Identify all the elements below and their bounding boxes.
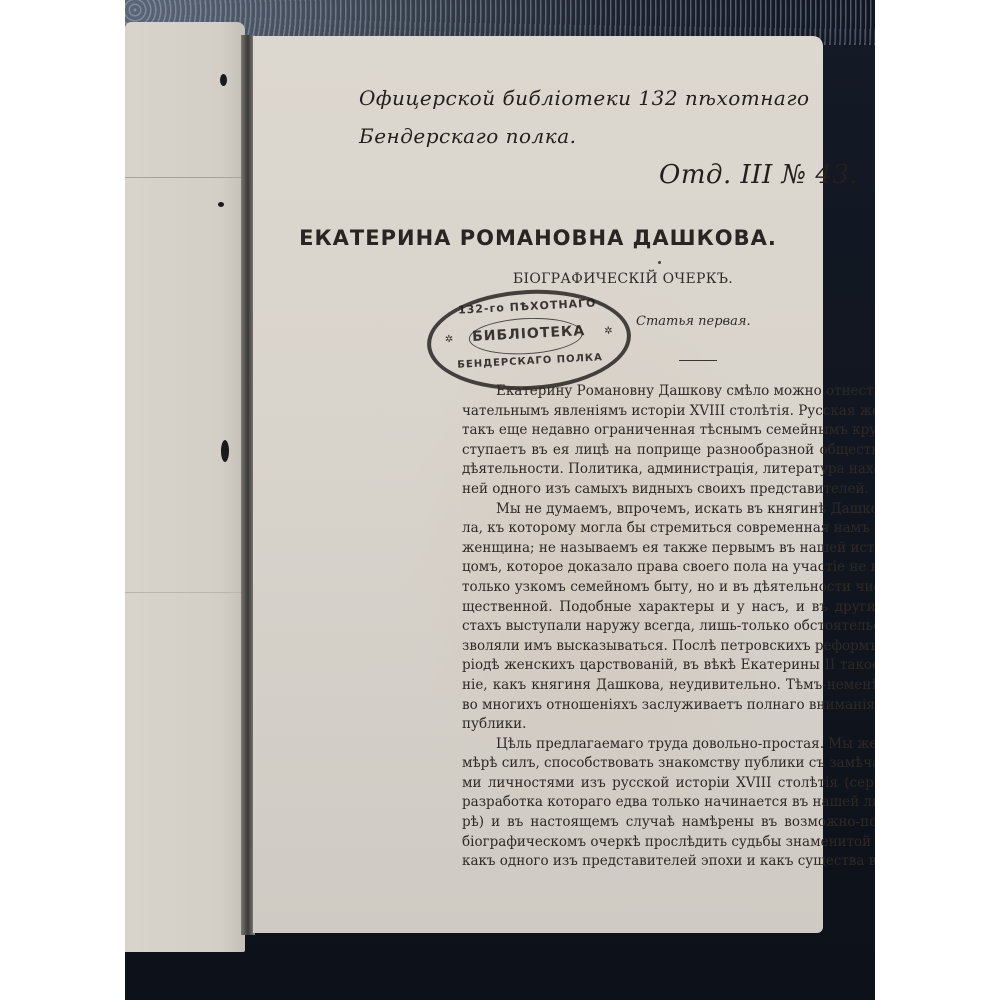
text-line: зволяли имъ высказываться. Послѣ петровс… xyxy=(462,637,875,657)
book-photo: Офицерской библіотеки 132 пѣхотнаго Бенд… xyxy=(125,0,875,1000)
right-page: Офицерской библіотеки 132 пѣхотнаго Бенд… xyxy=(253,36,823,933)
worm-hole xyxy=(218,202,224,207)
text-line: ла, къ которому могла бы стремиться совр… xyxy=(462,519,875,539)
worm-hole xyxy=(220,74,227,86)
article-number: Статья первая. xyxy=(636,314,751,329)
text-line: женщина; не называемъ ея также первымъ в… xyxy=(462,539,875,559)
text-line: мѣрѣ силъ, способствовать знакомству пуб… xyxy=(462,754,875,774)
star-icon: ✲ xyxy=(604,326,613,337)
text-line: ніе, какъ княгиня Дашкова, неудивительно… xyxy=(462,676,875,696)
text-line: чательнымъ явленіямъ исторіи XVIII столѣ… xyxy=(462,402,875,422)
text-line: щественной. Подобные характеры и у насъ,… xyxy=(462,598,875,618)
text-line: дѣятельности. Политика, администрація, л… xyxy=(462,460,875,480)
page-crease xyxy=(125,592,245,593)
text-line: разработка котораго едва только начинает… xyxy=(462,793,875,813)
left-page xyxy=(125,22,245,952)
page-subtitle: БІОГРАФИЧЕСКІЙ ОЧЕРКЪ. xyxy=(513,271,733,287)
text-line: Екатерину Романовну Дашкову смѣло можно … xyxy=(462,382,875,402)
inscription-line-1: Офицерской библіотеки 132 пѣхотнаго xyxy=(359,86,810,110)
text-line: ми личностями изъ русской исторіи XVIII … xyxy=(462,774,875,794)
text-line: публики. xyxy=(462,715,875,735)
stamp-top-text: 132-го ПѢХОТНАГО xyxy=(429,295,625,318)
text-line: ступаетъ въ ея лицѣ на поприще разнообра… xyxy=(462,441,875,461)
text-line: стахъ выступали наружу всегда, лишь-толь… xyxy=(462,617,875,637)
inscription-shelfmark: Отд. III № 43. xyxy=(659,160,858,190)
text-line: Мы не думаемъ, впрочемъ, искать въ княги… xyxy=(462,500,875,520)
page-title: ЕКАТЕРИНА РОМАНОВНА ДАШКОВА. xyxy=(253,226,823,250)
text-line: біографическомъ очеркѣ прослѣдить судьбы… xyxy=(462,833,875,853)
inscription-line-2: Бендерскаго полка. xyxy=(359,124,576,148)
ornament-dot xyxy=(658,261,661,264)
text-line: ней одного изъ самыхъ видныхъ своихъ пре… xyxy=(462,480,875,500)
divider-rule xyxy=(679,360,717,361)
text-line: такъ еще недавно ограниченная тѣснымъ се… xyxy=(462,421,875,441)
library-stamp: 132-го ПѢХОТНАГО БИБЛІОТЕКА БЕНДЕРСКАГО … xyxy=(425,285,634,396)
body-text: Екатерину Романовну Дашкову смѣло можно … xyxy=(462,382,875,872)
stamp-bottom-text: БЕНДЕРСКАГО ПОЛКА xyxy=(432,351,628,372)
text-line: во многихъ отношеніяхъ заслуживаетъ полн… xyxy=(462,696,875,716)
text-line: ріодѣ женскихъ царствованій, въ вѣкѣ Ека… xyxy=(462,656,875,676)
text-line: Цѣль предлагаемаго труда довольно-проста… xyxy=(462,735,875,755)
text-line: только узкомъ семейномъ быту, но и въ дѣ… xyxy=(462,578,875,598)
text-line: какъ одного изъ представителей эпохи и к… xyxy=(462,852,875,872)
worm-hole xyxy=(221,440,229,462)
text-line: рѣ) и въ настоящемъ случаѣ намѣрены въ в… xyxy=(462,813,875,833)
star-icon: ✲ xyxy=(445,334,454,345)
text-line: цомъ, которое доказало права своего пола… xyxy=(462,558,875,578)
page-crease xyxy=(125,177,245,178)
